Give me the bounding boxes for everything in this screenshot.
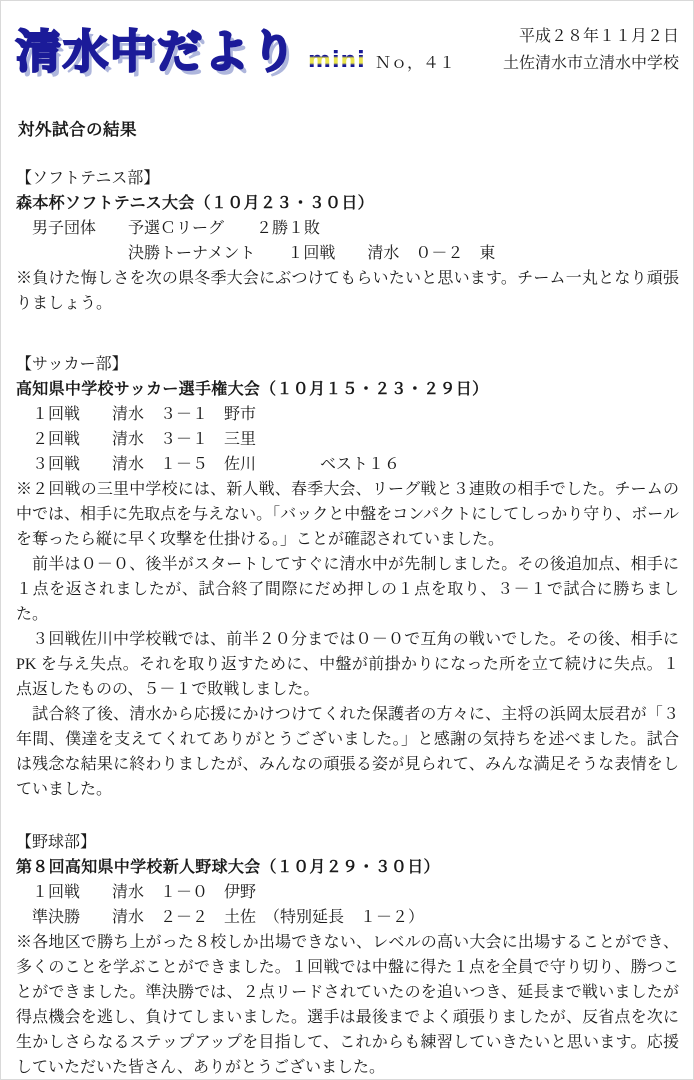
school-name: 土佐清水市立清水中学校 (503, 55, 679, 72)
body-paragraph: 試合終了後、清水から応援にかけつけてくれた保護者の方々に、主将の浜岡太辰君が「３… (16, 702, 679, 802)
main-heading: 対外試合の結果 (18, 116, 679, 140)
club-name: 【ソフトテニス部】 (16, 166, 679, 191)
newsletter-page: 清水中だよりmini 平成２８年１１月２日 Ｎｏ，４１土佐清水市立清水中学校 対… (0, 0, 694, 1080)
issue-line: Ｎｏ，４１土佐清水市立清水中学校 (375, 50, 679, 77)
result-line: １回戦 清水 １－０ 伊野 (16, 880, 679, 905)
note-paragraph: ※各地区で勝ち上がった８校しか出場できない、レベルの高い大会に出場することができ… (16, 930, 679, 1080)
result-line: 準決勝 清水 ２－２ 土佐 （特別延長 １－２） (16, 905, 679, 930)
tournament-name: 第８回高知県中学校新人野球大会（１０月２９・３０日） (16, 855, 679, 880)
issue-date: 平成２８年１１月２日 (375, 23, 679, 50)
club-name: 【サッカー部】 (16, 352, 679, 377)
note-paragraph: ※負けた悔しさを次の県冬季大会にぶつけてもらいたいと思います。チーム一丸となり頑… (16, 266, 679, 316)
result-line: １回戦 清水 ３－１ 野市 (16, 402, 679, 427)
newsletter-title-text: 清水中だより (16, 25, 298, 78)
newsletter-header: 清水中だよりmini 平成２８年１１月２日 Ｎｏ，４１土佐清水市立清水中学校 (16, 13, 679, 80)
body-paragraph: ３回戦佐川中学校戦では、前半２０分までは０－０で互角の戦いでした。その後、相手に… (16, 627, 679, 702)
note-paragraph: ※２回戦の三里中学校には、新人戦、春季大会、リーグ戦と３連敗の相手でした。チーム… (16, 477, 679, 552)
newsletter-masthead-info: 平成２８年１１月２日 Ｎｏ，４１土佐清水市立清水中学校 (375, 13, 679, 77)
section-baseball: 【野球部】 第８回高知県中学校新人野球大会（１０月２９・３０日） １回戦 清水 … (16, 830, 679, 1080)
result-line: 決勝トーナメント １回戦 清水 ０－２ 東 (16, 241, 679, 266)
tournament-name: 森本杯ソフトテニス大会（１０月２３・３０日） (16, 191, 679, 216)
result-line: ２回戦 清水 ３－１ 三里 (16, 427, 679, 452)
result-line: ３回戦 清水 １－５ 佐川 ベスト１６ (16, 452, 679, 477)
body-paragraph: 前半は０－０、後半がスタートしてすぐに清水中が先制しました。その後追加点、相手に… (16, 552, 679, 627)
club-name: 【野球部】 (16, 830, 679, 855)
section-soft-tennis: 【ソフトテニス部】 森本杯ソフトテニス大会（１０月２３・３０日） 男子団体 予選… (16, 166, 679, 316)
newsletter-title-mini: mini (308, 48, 366, 73)
newsletter-title: 清水中だよりmini (16, 13, 366, 80)
section-soccer: 【サッカー部】 高知県中学校サッカー選手権大会（１０月１５・２３・２９日） １回… (16, 352, 679, 802)
result-line: 男子団体 予選Ｃリーグ ２勝１敗 (16, 216, 679, 241)
tournament-name: 高知県中学校サッカー選手権大会（１０月１５・２３・２９日） (16, 377, 679, 402)
issue-number: Ｎｏ，４１ (375, 55, 455, 72)
